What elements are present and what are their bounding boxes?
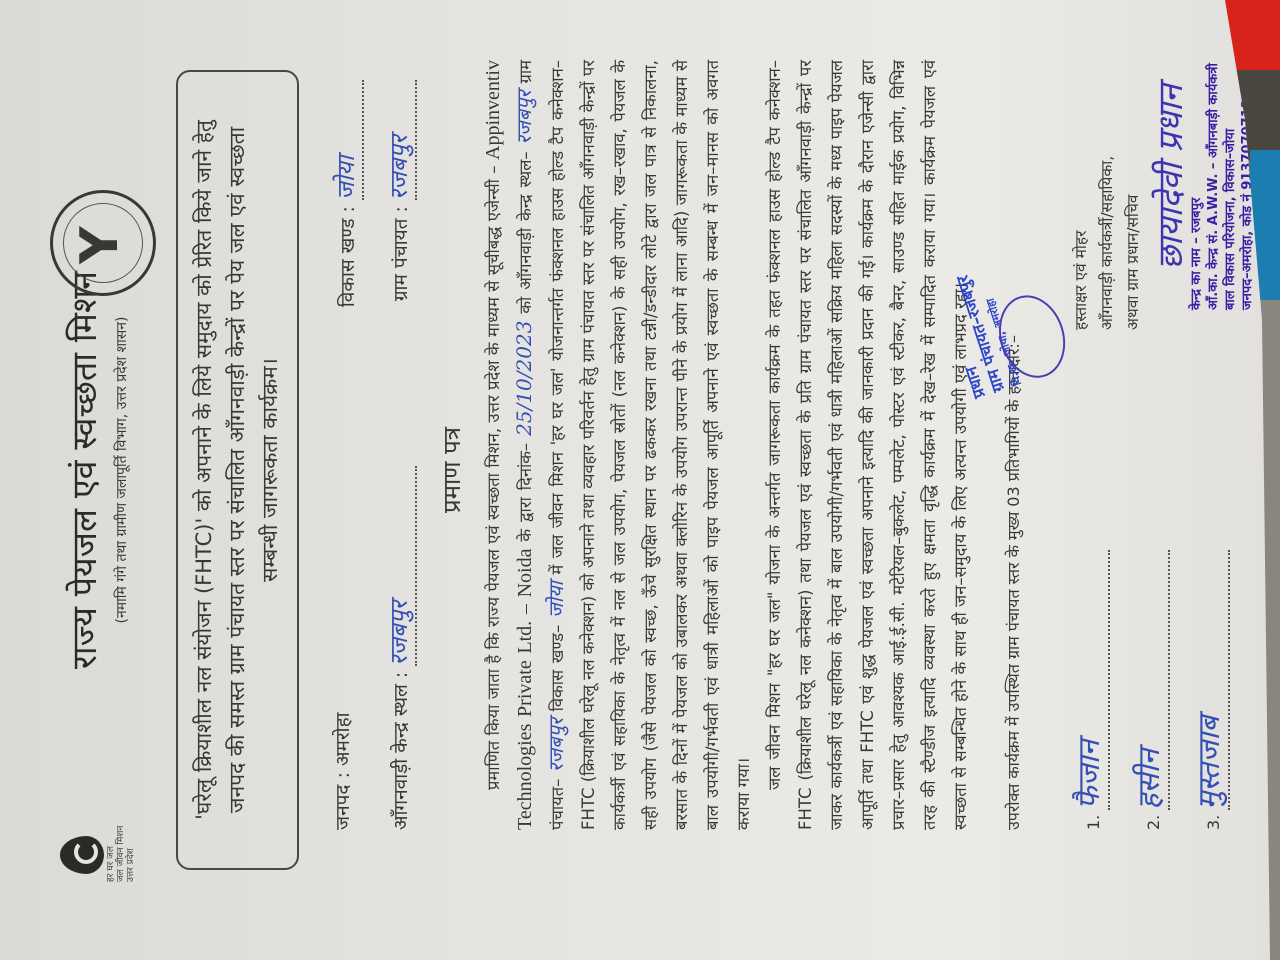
center-value: रजबपुर	[385, 601, 413, 666]
participant-signature: 3. मुस्तजाब	[1196, 450, 1230, 830]
signature-label: हस्ताक्षर एवं मोहर	[1068, 63, 1094, 330]
text-span: के द्वारा दिनांक–	[516, 443, 535, 542]
participant-signature: 1. फैजान	[1076, 450, 1110, 830]
document-page: हर घर जल जल जीवन मिशन उत्तर प्रदेश राज्य…	[0, 0, 1280, 960]
signature-number: 1.	[1084, 815, 1103, 830]
panchayat-label: ग्राम पंचायत :	[390, 206, 412, 301]
paper-sheet: हर घर जल जल जीवन मिशन उत्तर प्रदेश राज्य…	[0, 0, 1280, 960]
text-span: विकास खण्ड–	[548, 625, 567, 712]
certificate-paragraph-1: प्रमाणित किया जाता है कि राज्य पेयजल एवं…	[478, 60, 759, 830]
center-label: आँगनवाड़ी केन्द्र स्थल :	[390, 672, 412, 830]
stamp-line: बाल विकास परियोजना, विकास–जोया	[1222, 63, 1239, 310]
block-value: जोया	[332, 156, 360, 200]
signature-number: 2.	[1144, 815, 1163, 830]
program-title-box: 'घरेलू क्रियाशील नल संयोजन (FHTC)' को अप…	[176, 70, 299, 870]
panchayat-value: रजबपुर	[385, 135, 413, 200]
text-span: को आँगनवाड़ी केन्द्र स्थल–	[516, 151, 535, 313]
signature-name: फैजान	[1072, 740, 1107, 810]
participants-section: उपरोक्त कार्यक्रम में उपस्थित ग्राम पंचा…	[1000, 60, 1256, 830]
signature-name: मुस्तजाब	[1192, 716, 1227, 810]
center-handwritten: रजबपुर	[512, 90, 536, 144]
signature-number: 3.	[1204, 815, 1223, 830]
up-government-emblem-icon	[50, 190, 156, 296]
participant-signature-list: 1. फैजान 2. हसीन 3. मुस्तजाब	[1050, 450, 1256, 830]
text-span: में जल जीवन मिशन 'हर घर जल' योजनान्तर्गत…	[548, 60, 753, 830]
block-label: विकास खण्ड :	[337, 206, 359, 307]
block-handwritten: जोया	[544, 581, 568, 618]
district-value: अमरोहा	[332, 712, 354, 766]
participant-signature: 2. हसीन	[1136, 450, 1170, 830]
event-date: 25/10/2023	[512, 321, 536, 436]
document-title: राज्य पेयजल एवं स्वच्छता मिशन	[60, 40, 106, 900]
official-signature: छायादेवी प्रधान	[1158, 63, 1184, 270]
signature-name: हसीन	[1132, 749, 1167, 810]
certificate-title: प्रमाण पत्र	[435, 40, 468, 900]
panchayat-handwritten: रजबपुर	[544, 718, 568, 772]
location-fields: जनपद : अमरोहा विकास खण्ड : जोया आँगनवाड़…	[329, 40, 417, 900]
official-signature-block: प्रधान ग्राम पंचायत–रजबपुर वि.ख.–जोया, अ…	[1068, 63, 1256, 330]
stamp-line: आँ.का. केन्द्र सं. A.W.W. – आँगनबाड़ी का…	[1205, 63, 1222, 310]
document-header: हर घर जल जल जीवन मिशन उत्तर प्रदेश राज्य…	[50, 40, 160, 900]
text-span: प्रमाणित किया जाता है कि राज्य पेयजल एवं…	[484, 165, 503, 790]
signature-label: अथवा ग्राम प्रधान/सचिव	[1120, 63, 1146, 330]
document-subtitle: (नमामि गंगे तथा ग्रामीण जलापूर्ति विभाग,…	[112, 40, 131, 900]
district-label: जनपद :	[332, 772, 354, 830]
signature-label: आँगनवाड़ी कार्यकर्त्री/सहायिका,	[1094, 63, 1120, 330]
